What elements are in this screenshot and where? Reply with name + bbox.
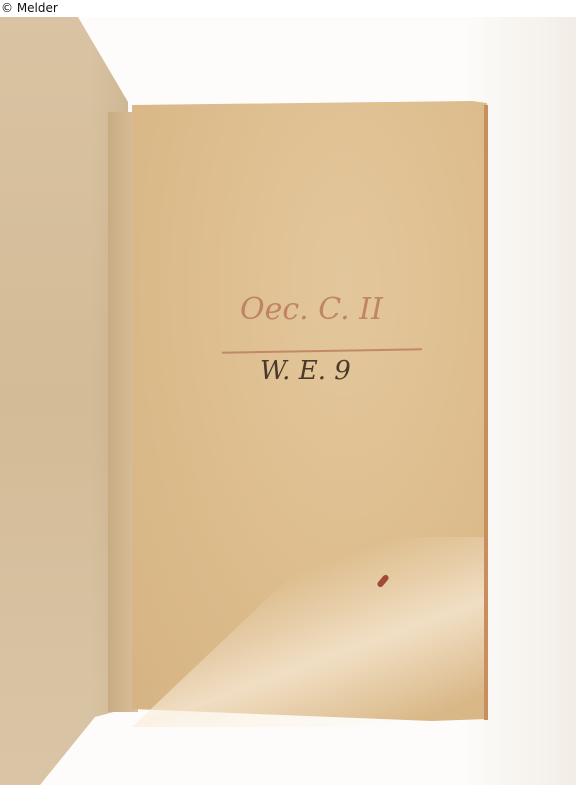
credit-bar: © Melder: [0, 0, 576, 17]
inscription-shelfmark: Oec. C. II: [240, 292, 383, 327]
inscription-number: W. E. 9: [260, 356, 351, 386]
book-photo: [0, 17, 576, 785]
page-edge: [484, 105, 488, 720]
copyright-credit: © Melder: [1, 1, 58, 15]
